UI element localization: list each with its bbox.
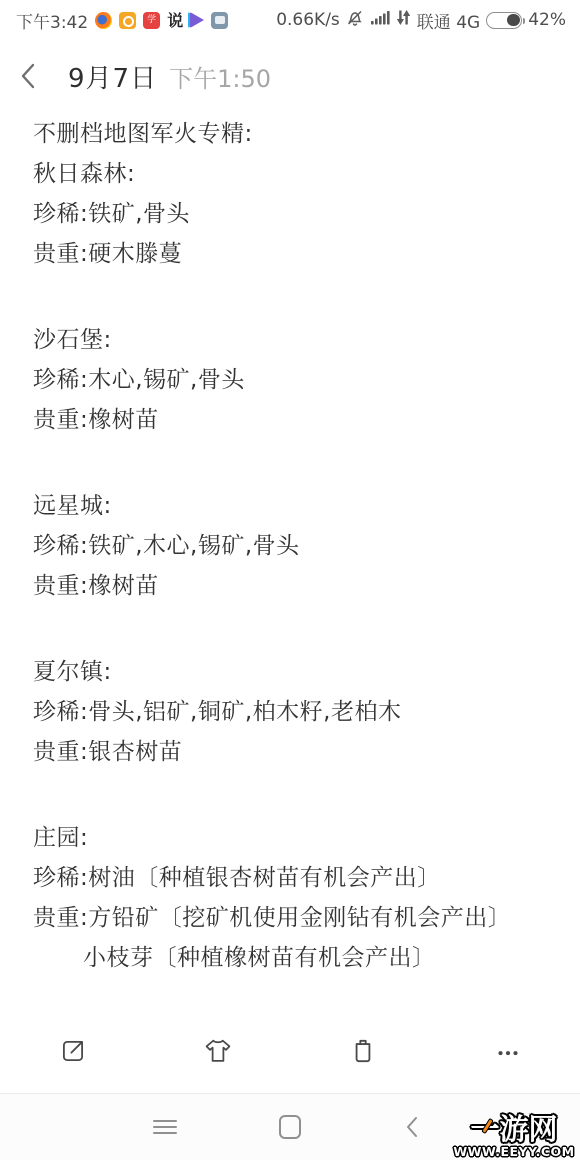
note-line: 贵重:方铅矿〔挖矿机使用金刚钻有机会产出〕 xyxy=(33,898,560,938)
note-line: 贵重:硬木滕蔓 xyxy=(33,234,560,274)
share-icon xyxy=(58,1036,88,1066)
note-block: 沙石堡: 珍稀:木心,锡矿,骨头 贵重:橡树苗 xyxy=(33,320,560,440)
chevron-left-icon xyxy=(20,62,36,90)
gray-app-icon xyxy=(211,12,228,29)
note-line: 沙石堡: xyxy=(33,320,560,360)
nav-home-button[interactable] xyxy=(268,1105,312,1149)
watermark-site-name: 一游网 xyxy=(449,1114,579,1144)
theme-button[interactable] xyxy=(190,1023,246,1079)
menu-icon xyxy=(151,1117,179,1137)
mute-bell-icon xyxy=(346,9,364,32)
note-toolbar xyxy=(0,1008,580,1093)
more-dots-icon xyxy=(493,1036,523,1066)
status-bar-left: 下午3:42 学 说 xyxy=(16,8,228,33)
play-store-icon xyxy=(190,12,204,28)
net-speed-text: 0.66K/s xyxy=(276,10,340,30)
note-line: 珍稀:木心,锡矿,骨头 xyxy=(33,360,560,400)
note-line: 不删档地图军火专精: xyxy=(33,114,560,154)
note-line: 小枝芽〔种植橡树苗有机会产出〕 xyxy=(33,938,560,978)
signal-bars-icon xyxy=(370,10,390,31)
back-icon xyxy=(405,1115,419,1139)
note-line: 珍稀:骨头,铝矿,铜矿,柏木籽,老柏木 xyxy=(33,692,560,732)
watermark-site-url: WWW.EEYY.COM xyxy=(449,1144,579,1159)
note-header: 9月7日 下午1:50 xyxy=(0,40,580,112)
note-line: 贵重:橡树苗 xyxy=(33,566,560,606)
note-time-label: 下午1:50 xyxy=(169,59,271,94)
red-app-icon: 学 xyxy=(143,12,160,29)
system-nav-bar: 一游网 WWW.EEYY.COM xyxy=(0,1093,580,1160)
firefox-icon xyxy=(95,12,112,29)
battery-percent-text: 42% xyxy=(528,10,566,30)
shuo-text-icon: 说 xyxy=(167,12,183,29)
note-line: 贵重:橡树苗 xyxy=(33,400,560,440)
watermark: 一游网 WWW.EEYY.COM xyxy=(449,1114,579,1159)
note-line: 远星城: xyxy=(33,486,560,526)
note-block: 不删档地图军火专精: 秋日森林: 珍稀:铁矿,骨头 贵重:硬木滕蔓 xyxy=(33,114,560,274)
back-button[interactable] xyxy=(20,59,54,93)
note-line: 夏尔镇: xyxy=(33,652,560,692)
status-bar-right: 0.66K/s xyxy=(276,8,566,33)
phone-screen: 下午3:42 学 说 0.66K/s xyxy=(0,0,580,1160)
note-block: 庄园: 珍稀:树油〔种植银杏树苗有机会产出〕 贵重:方铅矿〔挖矿机使用金刚钻有机… xyxy=(33,818,560,978)
orange-app-icon xyxy=(119,12,136,29)
note-line: 贵重:银杏树苗 xyxy=(33,732,560,772)
carrier-text: 联通 4G xyxy=(417,8,480,33)
note-line: 珍稀:铁矿,木心,锡矿,骨头 xyxy=(33,526,560,566)
note-line: 秋日森林: xyxy=(33,154,560,194)
theme-tshirt-icon xyxy=(202,1037,234,1065)
delete-button[interactable] xyxy=(335,1023,391,1079)
trash-icon xyxy=(348,1036,378,1066)
nav-menu-button[interactable] xyxy=(143,1105,187,1149)
note-line: 珍稀:铁矿,骨头 xyxy=(33,194,560,234)
nav-back-button[interactable] xyxy=(390,1105,434,1149)
note-block: 夏尔镇: 珍稀:骨头,铝矿,铜矿,柏木籽,老柏木 贵重:银杏树苗 xyxy=(33,652,560,772)
note-line: 庄园: xyxy=(33,818,560,858)
updown-arrows-icon xyxy=(396,9,411,31)
home-icon xyxy=(277,1113,303,1141)
more-button[interactable] xyxy=(480,1023,536,1079)
clock-text: 下午3:42 xyxy=(16,8,88,33)
share-button[interactable] xyxy=(45,1023,101,1079)
note-block: 远星城: 珍稀:铁矿,木心,锡矿,骨头 贵重:橡树苗 xyxy=(33,486,560,606)
note-body[interactable]: 不删档地图军火专精: 秋日森林: 珍稀:铁矿,骨头 贵重:硬木滕蔓 沙石堡: 珍… xyxy=(0,112,580,1008)
battery-icon xyxy=(486,12,522,29)
watermark-accent-stroke xyxy=(481,1118,494,1134)
note-date-title: 9月7日 xyxy=(68,58,157,95)
note-line: 珍稀:树油〔种植银杏树苗有机会产出〕 xyxy=(33,858,560,898)
status-bar: 下午3:42 学 说 0.66K/s xyxy=(0,0,580,40)
